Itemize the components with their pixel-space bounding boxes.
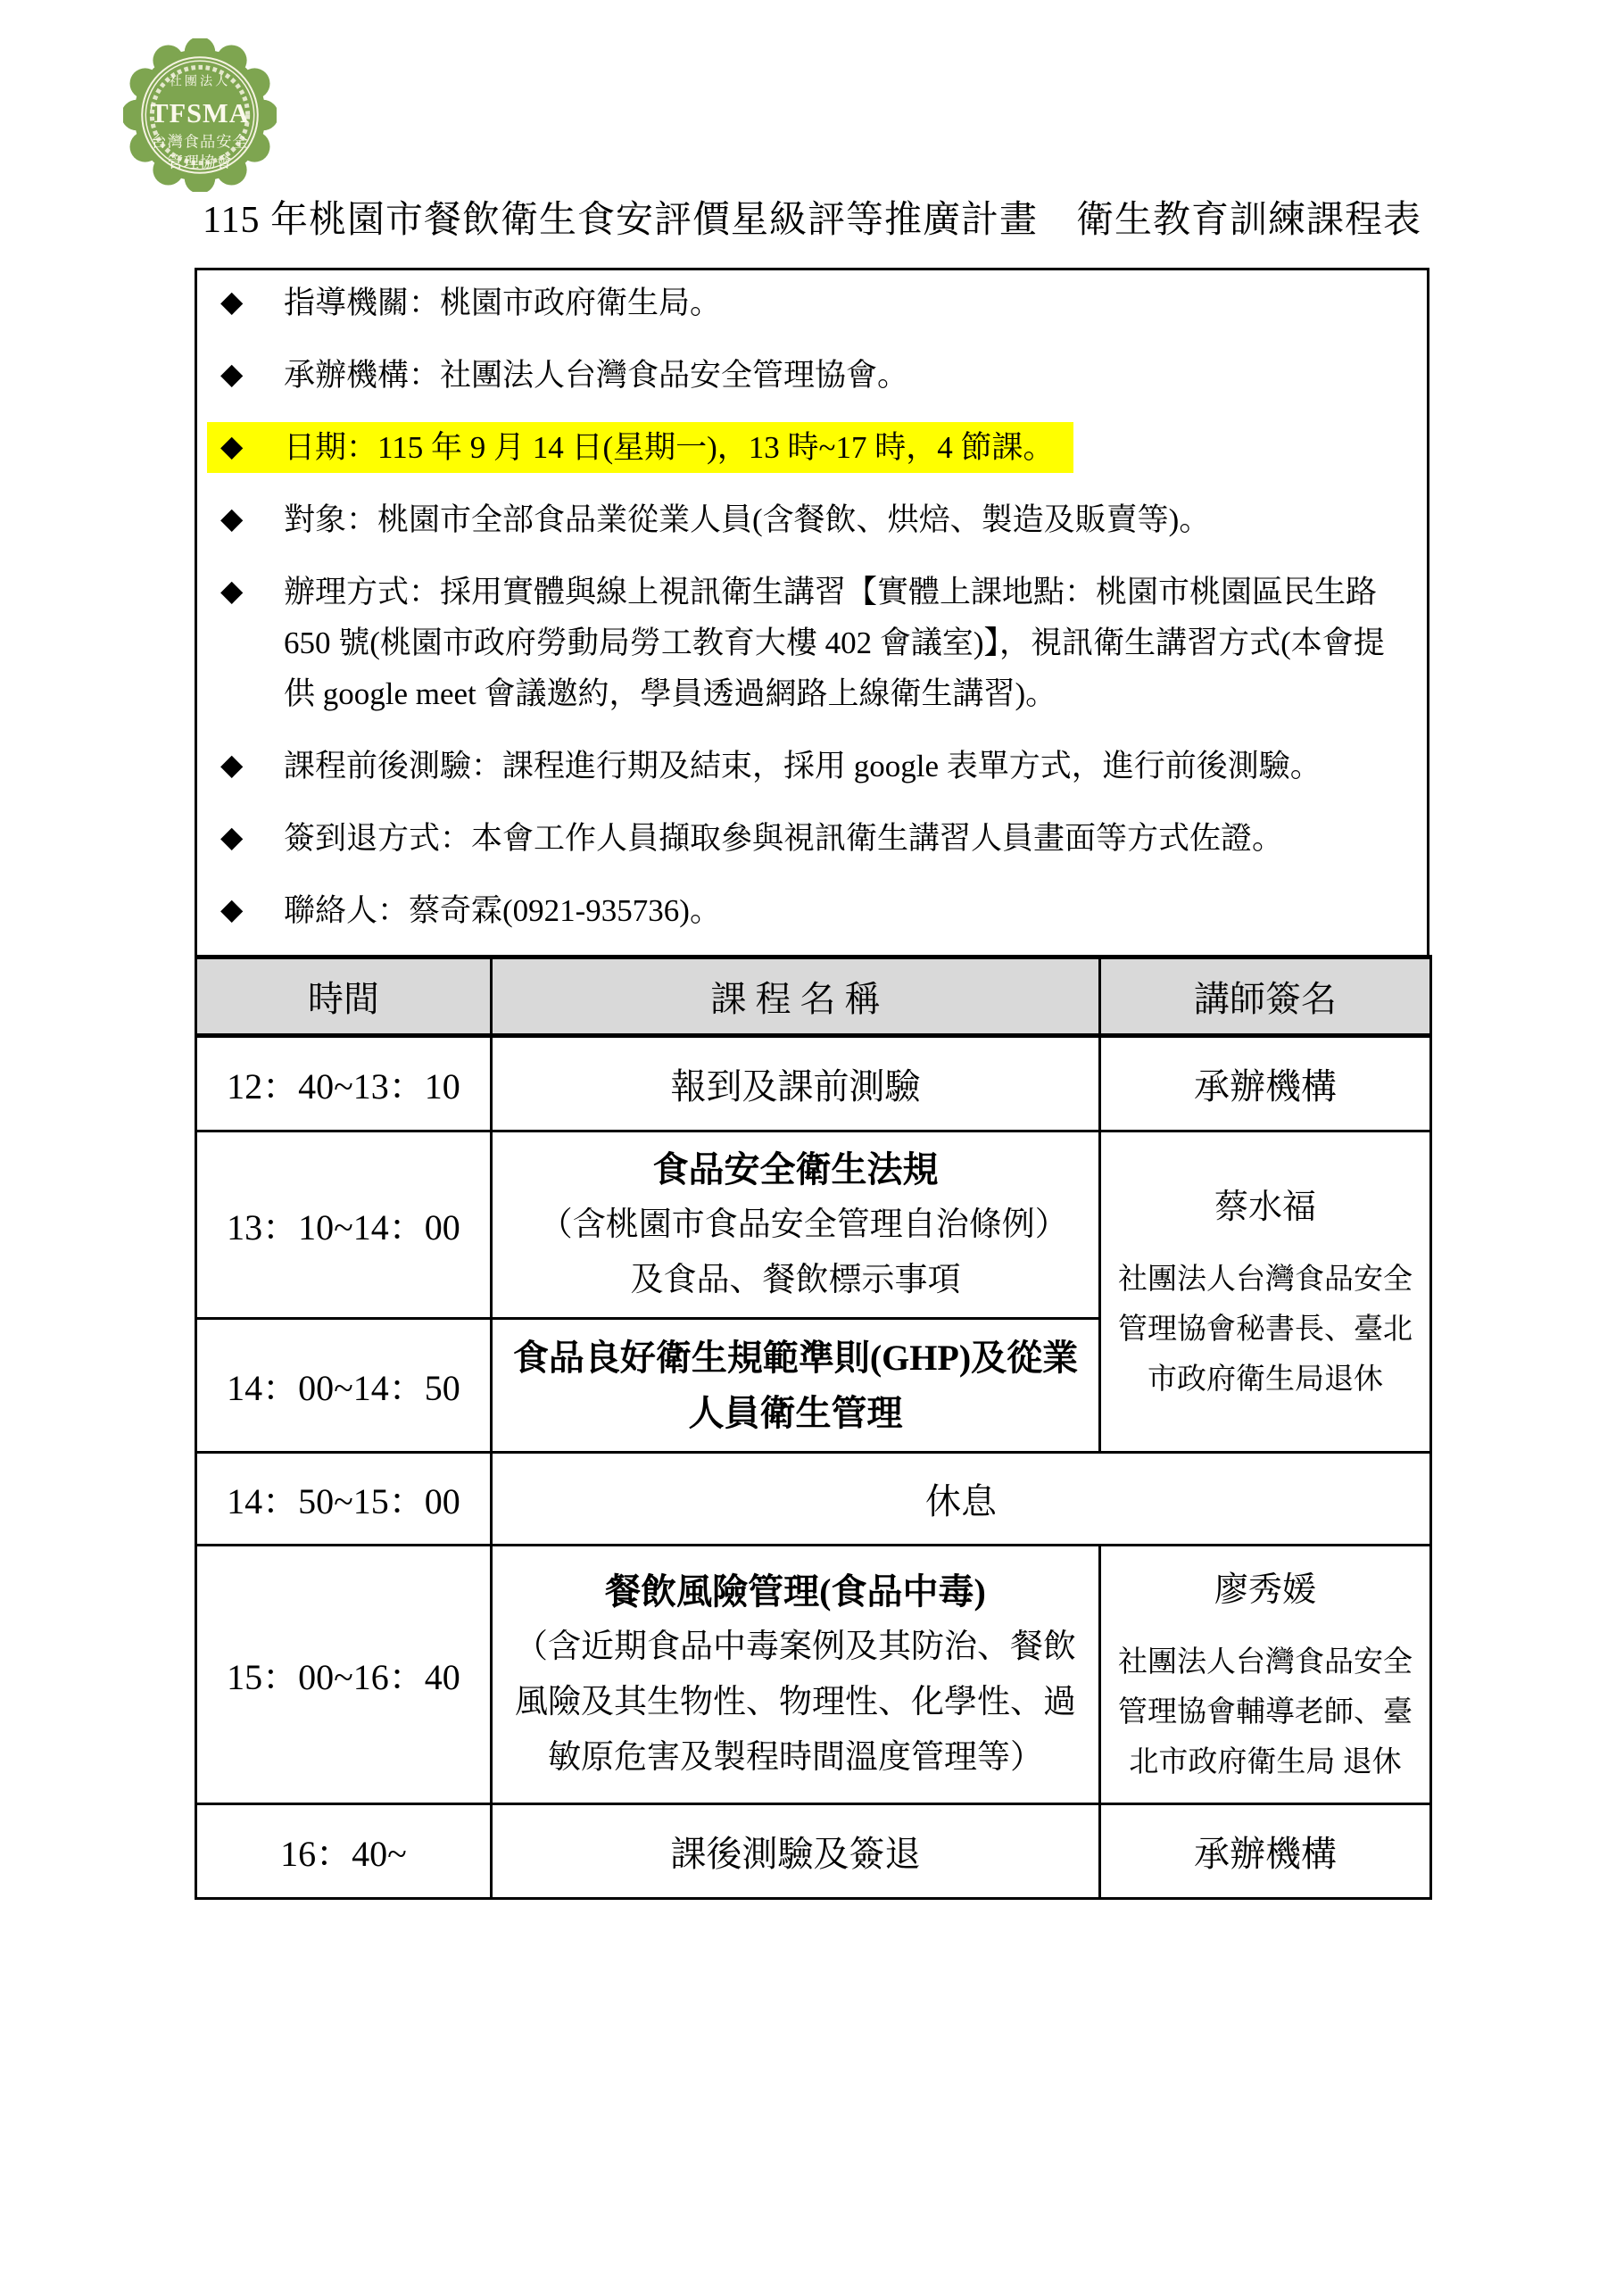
instructor-cell: 承辦機構	[1100, 1036, 1431, 1131]
course-title: 餐飲風險管理(食品中毒)	[501, 1564, 1090, 1620]
instructor-cell: 蔡水福 社團法人台灣食品安全管理協會秘書長、臺北市政府衛生局退休	[1100, 1131, 1431, 1453]
course-description: （含桃園市食品安全管理自治條例）及食品、餐飲標示事項	[539, 1198, 1052, 1308]
course-cell: 食品安全衛生法規 （含桃園市食品安全管理自治條例）及食品、餐飲標示事項	[492, 1131, 1100, 1319]
diamond-bullet-icon: ◆	[220, 278, 243, 328]
tfsma-seal-logo: 社團法人 TFSMA 台灣食品安全 管理協會	[123, 38, 277, 192]
info-item-organizer: ◆ 承辦機構：社團法人台灣食品安全管理協會。	[197, 350, 1427, 401]
info-text: 指導機關：桃園市政府衛生局。	[284, 286, 721, 320]
header-course-name: 課 程 名 稱	[492, 957, 1100, 1036]
table-row-lesson1: 13：10~14：00 食品安全衛生法規 （含桃園市食品安全管理自治條例）及食品…	[196, 1131, 1431, 1319]
info-text: 日期：115 年 9 月 14 日(星期一)，13 時~17 時，4 節課。	[284, 430, 1054, 465]
instructor-cell: 廖秀媛 社團法人台灣食品安全管理協會輔導老師、臺北市政府衛生局 退休	[1100, 1546, 1431, 1804]
diamond-bullet-icon: ◆	[220, 350, 243, 401]
table-row-closing: 16：40~ 課後測驗及簽退 承辦機構	[196, 1804, 1431, 1899]
instructor-name: 蔡水福	[1110, 1179, 1421, 1228]
diamond-bullet-icon: ◆	[220, 422, 243, 473]
info-item-date-highlighted: ◆ 日期：115 年 9 月 14 日(星期一)，13 時~17 時，4 節課。	[207, 422, 1073, 473]
header-instructor-signature: 講師簽名	[1100, 957, 1431, 1036]
table-row-registration: 12：40~13：10 報到及課前測驗 承辦機構	[196, 1036, 1431, 1131]
diamond-bullet-icon: ◆	[220, 494, 243, 545]
info-item-audience: ◆ 對象：桃園市全部食品業從業人員(含餐飲、烘焙、製造及販賣等)。	[197, 494, 1427, 545]
time-cell: 14：50~15：00	[196, 1453, 492, 1546]
info-text: 課程前後測驗：課程進行期及結束，採用 google 表單方式，進行前後測驗。	[284, 749, 1322, 783]
seal-name-line1: 台灣食品安全	[151, 133, 248, 150]
info-item-signin-signout: ◆ 簽到退方式：本會工作人員擷取參與視訊衛生講習人員畫面等方式佐證。	[197, 813, 1427, 864]
time-cell: 16：40~	[196, 1804, 492, 1899]
course-cell: 報到及課前測驗	[492, 1036, 1100, 1131]
header-row: 時間 課 程 名 稱 講師簽名	[196, 957, 1431, 1036]
instructor-affiliation: 社團法人台灣食品安全管理協會秘書長、臺北市政府衛生局退休	[1110, 1255, 1421, 1405]
document-page: 社團法人 TFSMA 台灣食品安全 管理協會 115 年桃園市餐飲衛生食安評價星…	[0, 0, 1624, 2296]
seal-org-type: 社團法人	[170, 74, 231, 89]
info-text: 辦理方式：採用實體與線上視訊衛生講習【實體上課地點：桃園市桃園區民生路 650 …	[284, 575, 1385, 711]
seal-acronym: TFSMA	[150, 98, 249, 128]
table-row-lesson3: 15：00~16：40 餐飲風險管理(食品中毒) （含近期食品中毒案例及其防治、…	[196, 1546, 1431, 1804]
time-cell: 14：00~14：50	[196, 1319, 492, 1453]
schedule-table: 時間 課 程 名 稱 講師簽名 12：40~13：10 報到及課前測驗 承辦機構…	[195, 955, 1432, 1900]
time-cell: 15：00~16：40	[196, 1546, 492, 1804]
diamond-bullet-icon: ◆	[220, 567, 243, 618]
diamond-bullet-icon: ◆	[220, 885, 243, 936]
course-cell: 休息	[492, 1453, 1431, 1546]
instructor-cell: 承辦機構	[1100, 1804, 1431, 1899]
header-time: 時間	[196, 957, 492, 1036]
course-cell: 課後測驗及簽退	[492, 1804, 1100, 1899]
time-cell: 12：40~13：10	[196, 1036, 492, 1131]
instructor-name: 廖秀媛	[1110, 1562, 1421, 1611]
course-title: 食品安全衛生法規	[501, 1142, 1090, 1198]
diamond-bullet-icon: ◆	[220, 813, 243, 864]
seal-name-line2: 管理協會	[168, 154, 233, 171]
course-title: 食品良好衛生規範準則(GHP)及從業人員衛生管理	[501, 1330, 1090, 1441]
info-text: 簽到退方式：本會工作人員擷取參與視訊衛生講習人員畫面等方式佐證。	[284, 821, 1283, 856]
info-item-method: ◆ 辦理方式：採用實體與線上視訊衛生講習【實體上課地點：桃園市桃園區民生路 65…	[197, 567, 1427, 719]
instructor-affiliation: 社團法人台灣食品安全管理協會輔導老師、臺北市政府衛生局 退休	[1110, 1637, 1421, 1787]
table-row-break: 14：50~15：00 休息	[196, 1453, 1431, 1546]
info-item-pre-post-test: ◆ 課程前後測驗：課程進行期及結束，採用 google 表單方式，進行前後測驗。	[197, 741, 1427, 792]
course-description: （含近期食品中毒案例及其防治、餐飲風險及其生物性、物理性、化學性、過敏原危害及製…	[507, 1620, 1085, 1786]
info-item-supervising-agency: ◆ 指導機關：桃園市政府衛生局。	[197, 278, 1427, 328]
course-cell: 餐飲風險管理(食品中毒) （含近期食品中毒案例及其防治、餐飲風險及其生物性、物理…	[492, 1546, 1100, 1804]
page-title: 115 年桃園市餐飲衛生食安評價星級評等推廣計畫 衛生教育訓練課程表	[0, 190, 1624, 244]
info-text: 聯絡人：蔡奇霖(0921-935736)。	[284, 893, 721, 928]
diamond-bullet-icon: ◆	[220, 741, 243, 792]
info-list: ◆ 指導機關：桃園市政府衛生局。 ◆ 承辦機構：社團法人台灣食品安全管理協會。 …	[197, 278, 1427, 936]
info-item-contact: ◆ 聯絡人：蔡奇霖(0921-935736)。	[197, 885, 1427, 936]
course-cell: 食品良好衛生規範準則(GHP)及從業人員衛生管理	[492, 1319, 1100, 1453]
info-panel: ◆ 指導機關：桃園市政府衛生局。 ◆ 承辦機構：社團法人台灣食品安全管理協會。 …	[195, 268, 1429, 959]
info-text: 對象：桃園市全部食品業從業人員(含餐飲、烘焙、製造及販賣等)。	[284, 502, 1210, 537]
time-cell: 13：10~14：00	[196, 1131, 492, 1319]
info-text: 承辦機構：社團法人台灣食品安全管理協會。	[284, 358, 908, 393]
